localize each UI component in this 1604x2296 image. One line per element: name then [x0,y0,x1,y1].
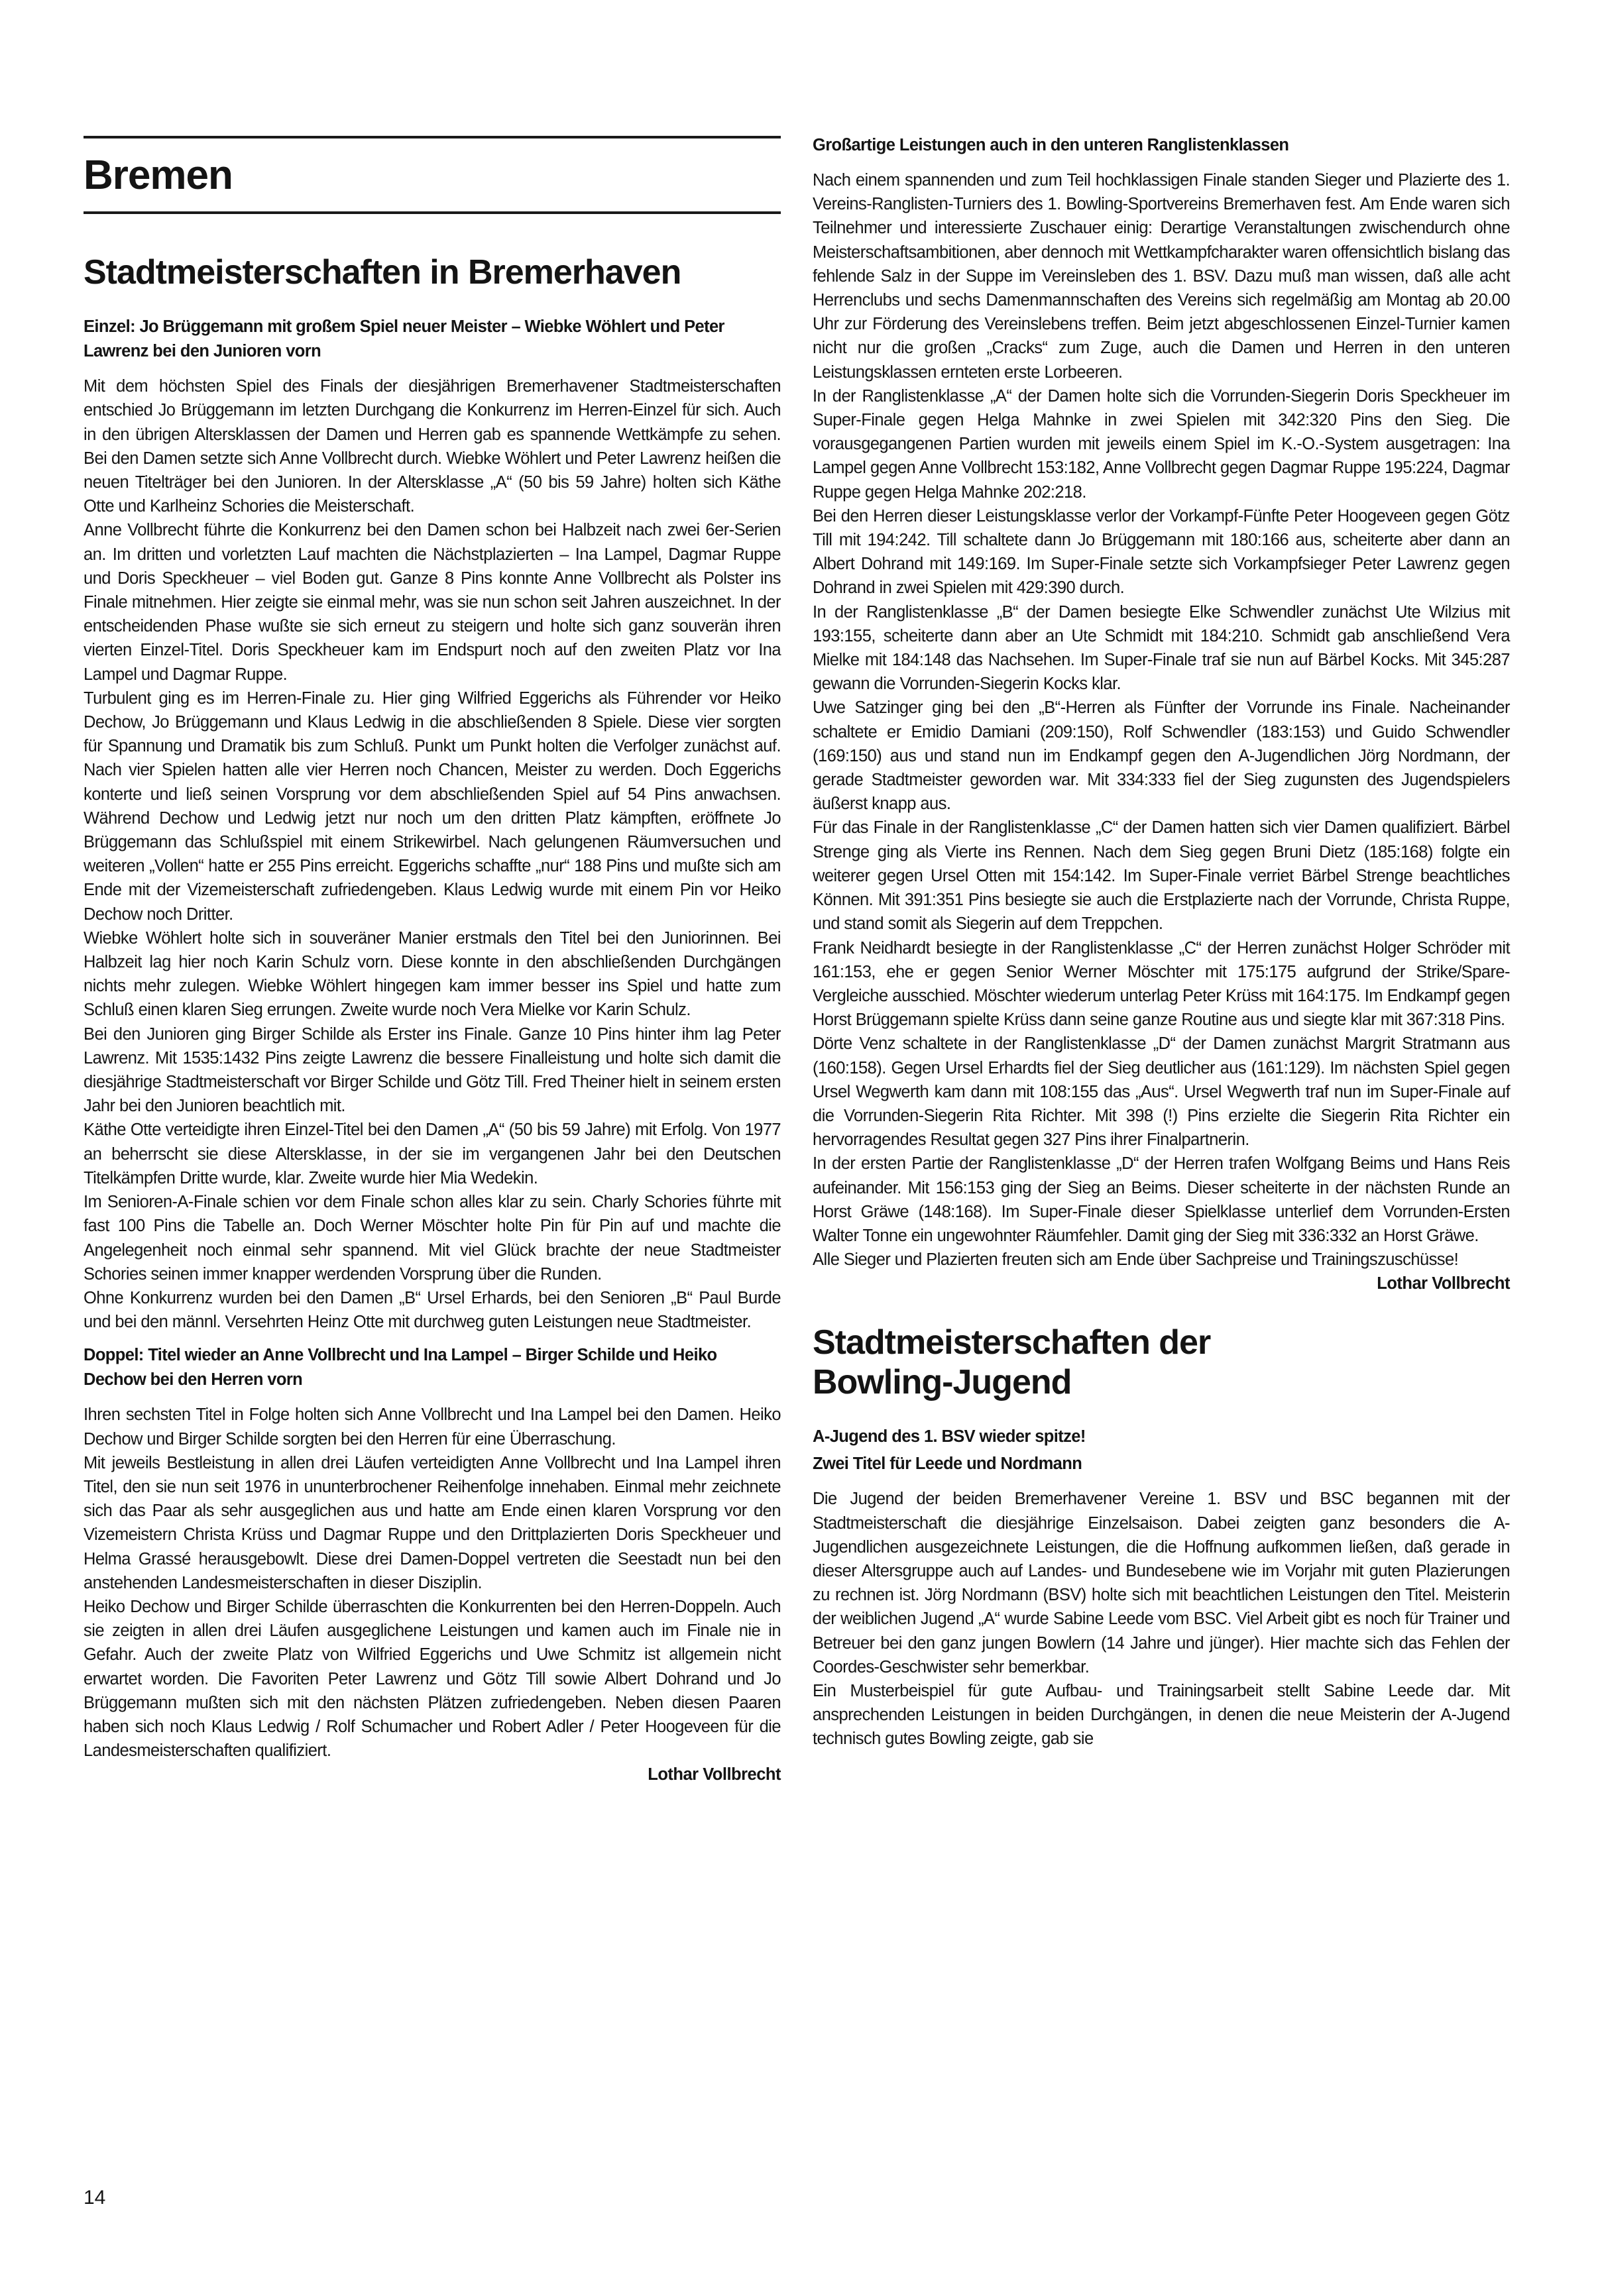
paragraph: Ohne Konkurrenz wurden bei den Damen „B“… [84,1286,781,1334]
author-byline: Lothar Vollbrecht [84,1765,781,1784]
left-column: Bremen Stadtmeisterschaften in Bremerhav… [84,136,781,1784]
paragraph: Nach einem spannenden und zum Teil hochk… [813,168,1510,384]
paragraph: Die Jugend der beiden Bremerhavener Vere… [813,1487,1510,1679]
paragraph: Ihren sechsten Titel in Folge holten sic… [84,1403,781,1450]
jugend-subhead-2: Zwei Titel für Leede und Nordmann [813,1452,1510,1476]
paragraph: Ein Musterbeispiel für gute Aufbau- und … [813,1679,1510,1751]
paragraph: Käthe Otte verteidigte ihren Einzel-Tite… [84,1118,781,1190]
paragraph: Für das Finale in der Ranglistenklasse „… [813,816,1510,936]
subhead-doppel: Doppel: Titel wieder an Anne Vollbrecht … [84,1343,781,1392]
paragraph: Frank Neidhardt besiegte in der Ranglist… [813,936,1510,1032]
paragraph: In der Ranglistenklasse „B“ der Damen be… [813,600,1510,696]
subhead-rangliste: Großartige Leistungen auch in den untere… [813,133,1510,158]
paragraph: Bei den Junioren ging Birger Schilde als… [84,1022,781,1119]
page-number: 14 [84,2187,105,2209]
spacer [84,1334,781,1343]
paragraph: Bei den Herren dieser Leistungsklasse ve… [813,504,1510,600]
paragraph: Uwe Satzinger ging bei den „B“-Herren al… [813,696,1510,816]
paragraph: Im Senioren-A-Finale schien vor dem Fina… [84,1190,781,1286]
subhead-einzel: Einzel: Jo Brüggemann mit großem Spiel n… [84,315,781,364]
top-rule [84,136,781,138]
paragraph: Dörte Venz schaltete in der Ranglistenkl… [813,1032,1510,1152]
paragraph: Mit dem höchsten Spiel des Finals der di… [84,374,781,518]
section-rule [84,211,781,214]
paragraph: Anne Vollbrecht führte die Konkurrenz be… [84,518,781,686]
right-column: Großartige Leistungen auch in den untere… [813,136,1510,1751]
paragraph: Alle Sieger und Plazierten freuten sich … [813,1248,1510,1272]
article-title: Stadtmeisterschaften in Bremerhaven [84,252,781,292]
jugend-article-title: Stadtmeisterschaften der Bowling-Jugend [813,1323,1300,1402]
paragraph: In der ersten Partie der Ranglistenklass… [813,1152,1510,1248]
paragraph: Heiko Dechow und Birger Schilde überrasc… [84,1595,781,1763]
paragraph: Mit jeweils Bestleistung in allen drei L… [84,1451,781,1595]
paragraph: Wiebke Wöhlert holte sich in souveräner … [84,926,781,1022]
author-byline: Lothar Vollbrecht [813,1274,1510,1293]
jugend-subhead-1: A-Jugend des 1. BSV wieder spitze! [813,1425,1510,1449]
paragraph: In der Ranglistenklasse „A“ der Damen ho… [813,384,1510,504]
section-title: Bremen [84,153,781,198]
paragraph: Turbulent ging es im Herren-Finale zu. H… [84,686,781,926]
